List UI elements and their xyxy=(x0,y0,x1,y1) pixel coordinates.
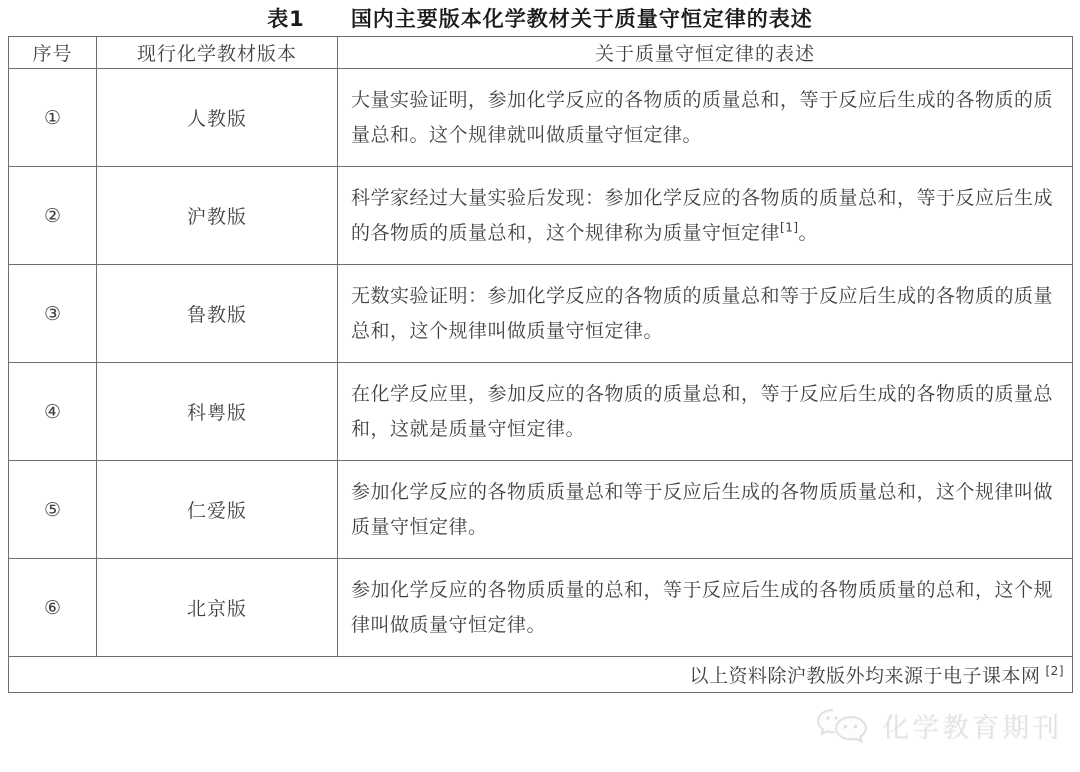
table-header-row: 序号 现行化学教材版本 关于质量守恒定律的表述 xyxy=(9,37,1073,69)
row-serial-number: ② xyxy=(9,167,97,265)
table-row: ① 人教版 大量实验证明，参加化学反应的各物质的质量总和，等于反应后生成的各物质… xyxy=(9,69,1073,167)
row-statement: 无数实验证明：参加化学反应的各物质的质量总和等于反应后生成的各物质的质量总和，这… xyxy=(338,265,1073,363)
row-edition: 北京版 xyxy=(97,559,338,657)
row-statement: 参加化学反应的各物质质量总和等于反应后生成的各物质质量总和，这个规律叫做质量守恒… xyxy=(338,461,1073,559)
statement-text: 在化学反应里，参加反应的各物质的质量总和，等于反应后生成的各物质的质量总和，这就… xyxy=(351,383,1053,440)
table-title: 表1国内主要版本化学教材关于质量守恒定律的表述 xyxy=(0,6,1080,32)
wechat-bubbles-icon xyxy=(816,707,870,745)
statement-text: 无数实验证明：参加化学反应的各物质的质量总和等于反应后生成的各物质的质量总和，这… xyxy=(351,285,1053,342)
table-row: ④ 科粤版 在化学反应里，参加反应的各物质的质量总和，等于反应后生成的各物质的质… xyxy=(9,363,1073,461)
table-footer-row: 以上资料除沪教版外均来源于电子课本网[2] xyxy=(9,657,1073,693)
row-statement: 大量实验证明，参加化学反应的各物质的质量总和，等于反应后生成的各物质的质量总和。… xyxy=(338,69,1073,167)
statement-tail: 。 xyxy=(799,222,819,244)
watermark-text: 化学教育期刊 xyxy=(882,706,1062,745)
row-statement: 在化学反应里，参加反应的各物质的质量总和，等于反应后生成的各物质的质量总和，这就… xyxy=(338,363,1073,461)
citation-superscript: [1] xyxy=(780,220,799,234)
table-row: ⑥ 北京版 参加化学反应的各物质质量的总和，等于反应后生成的各物质质量的总和，这… xyxy=(9,559,1073,657)
source-note: 以上资料除沪教版外均来源于电子课本网[2] xyxy=(9,657,1073,693)
table-row: ② 沪教版 科学家经过大量实验后发现：参加化学反应的各物质的质量总和，等于反应后… xyxy=(9,167,1073,265)
row-statement: 参加化学反应的各物质质量的总和，等于反应后生成的各物质质量的总和，这个规律叫做质… xyxy=(338,559,1073,657)
textbook-comparison-table: 序号 现行化学教材版本 关于质量守恒定律的表述 ① 人教版 大量实验证明，参加化… xyxy=(8,36,1073,693)
statement-text: 参加化学反应的各物质质量总和等于反应后生成的各物质质量总和，这个规律叫做质量守恒… xyxy=(351,481,1053,538)
row-serial-number: ⑥ xyxy=(9,559,97,657)
journal-watermark: 化学教育期刊 xyxy=(816,706,1062,745)
row-edition: 科粤版 xyxy=(97,363,338,461)
row-edition: 沪教版 xyxy=(97,167,338,265)
source-note-text: 以上资料除沪教版外均来源于电子课本网 xyxy=(689,665,1040,687)
row-edition: 鲁教版 xyxy=(97,265,338,363)
row-serial-number: ④ xyxy=(9,363,97,461)
table-number: 表1 xyxy=(267,7,305,31)
row-edition: 仁爱版 xyxy=(97,461,338,559)
header-serial-number: 序号 xyxy=(9,37,97,69)
document-page: 表1国内主要版本化学教材关于质量守恒定律的表述 序号 现行化学教材版本 关于质量… xyxy=(0,0,1080,772)
statement-text: 参加化学反应的各物质质量的总和，等于反应后生成的各物质质量的总和，这个规律叫做质… xyxy=(351,579,1053,636)
table-row: ⑤ 仁爱版 参加化学反应的各物质质量总和等于反应后生成的各物质质量总和，这个规律… xyxy=(9,461,1073,559)
row-serial-number: ⑤ xyxy=(9,461,97,559)
row-edition: 人教版 xyxy=(97,69,338,167)
header-statement: 关于质量守恒定律的表述 xyxy=(338,37,1073,69)
row-statement: 科学家经过大量实验后发现：参加化学反应的各物质的质量总和，等于反应后生成的各物质… xyxy=(338,167,1073,265)
statement-text: 科学家经过大量实验后发现：参加化学反应的各物质的质量总和，等于反应后生成的各物质… xyxy=(351,187,1053,244)
table-row: ③ 鲁教版 无数实验证明：参加化学反应的各物质的质量总和等于反应后生成的各物质的… xyxy=(9,265,1073,363)
statement-text: 大量实验证明，参加化学反应的各物质的质量总和，等于反应后生成的各物质的质量总和。… xyxy=(351,89,1053,146)
table-title-text: 国内主要版本化学教材关于质量守恒定律的表述 xyxy=(351,7,813,31)
citation-superscript: [2] xyxy=(1046,664,1065,678)
row-serial-number: ③ xyxy=(9,265,97,363)
row-serial-number: ① xyxy=(9,69,97,167)
header-textbook-edition: 现行化学教材版本 xyxy=(97,37,338,69)
